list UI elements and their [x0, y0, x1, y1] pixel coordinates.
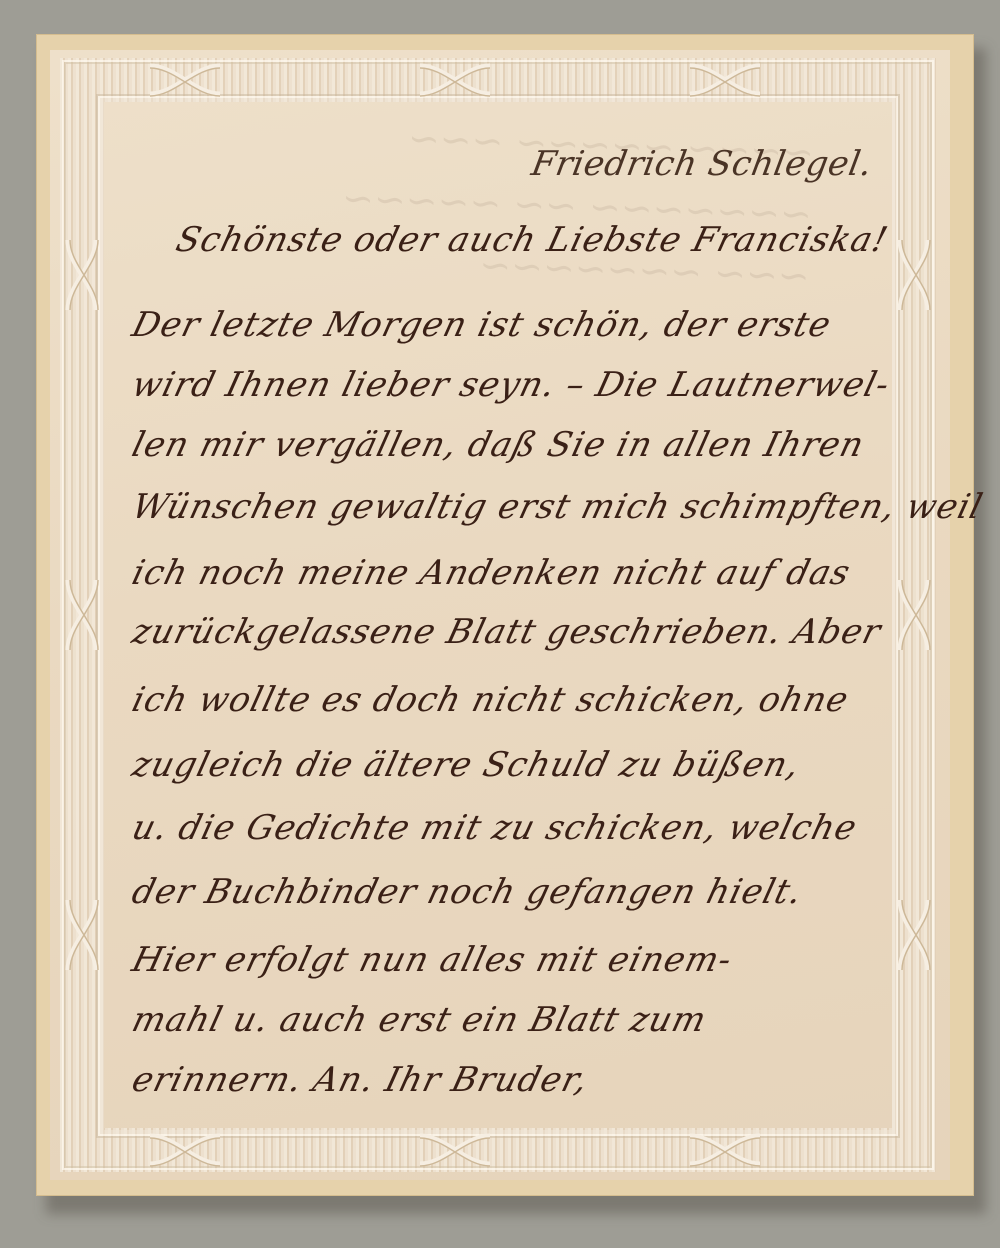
letter-line: der Buchbinder noch gefangen hielt.	[128, 872, 898, 912]
letter-heading: Friedrich Schlegel.	[528, 144, 875, 184]
letter-line: ich wollte es doch nicht schicken, ohne	[128, 680, 898, 720]
letter-line: erinnern. An. Ihr Bruder,	[128, 1060, 898, 1100]
letter-line: u. die Gedichte mit zu schicken, welche	[128, 808, 898, 848]
letter-line: Der letzte Morgen ist schön, der erste	[128, 305, 898, 345]
letter-line: mahl u. auch erst ein Blatt zum	[128, 1000, 898, 1040]
letter-line: wird Ihnen lieber seyn. – Die Lautnerwel…	[128, 365, 898, 405]
letter-line: zugleich die ältere Schuld zu büßen,	[128, 745, 898, 785]
letter-line: Wünschen gewaltig erst mich schimpften, …	[128, 487, 898, 527]
letter-line: Schönste oder auch Liebste Franciska!	[172, 220, 942, 260]
letter-body: Friedrich Schlegel. Schönste oder auch L…	[0, 0, 1000, 1248]
letter-line: len mir vergällen, daß Sie in allen Ihre…	[128, 425, 898, 465]
letter-line: ich noch meine Andenken nicht auf das	[128, 553, 898, 593]
letter-line: zurückgelassene Blatt geschrieben. Aber	[128, 612, 898, 652]
letter-line: Hier erfolgt nun alles mit einem-	[128, 940, 898, 980]
